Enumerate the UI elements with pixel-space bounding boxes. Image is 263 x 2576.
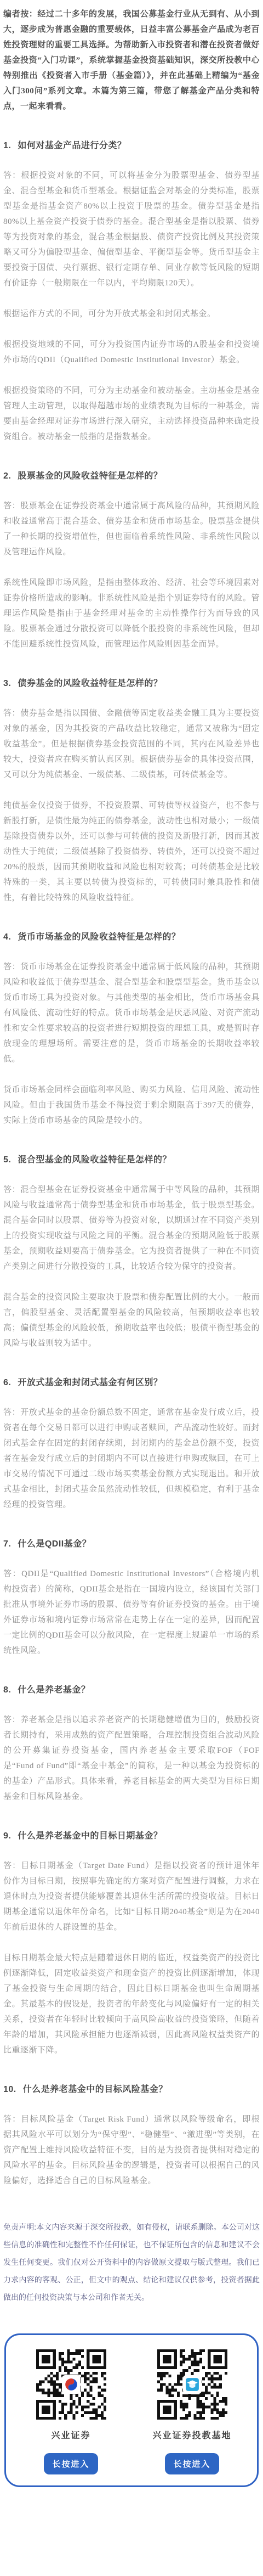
long-press-enter-button[interactable]: 长按进入 [165, 2453, 219, 2474]
question-number: 2. [3, 471, 11, 481]
question-heading: 4.货币市场基金的风险收益特征是怎样的？ [3, 931, 260, 944]
qa-item: 7.什么是QDII基金？答：QDII是“Qualified Domestic I… [3, 1538, 260, 1658]
question-heading: 6.开放式基金和封闭式基金有何区别？ [3, 1376, 260, 1390]
question-title: 如何对基金产品进行分类？ [18, 141, 126, 150]
qr-code[interactable] [157, 2349, 227, 2420]
answer-paragraph: 答：目标日期基金（Target Date Fund）是指以投资者的预计退休年份作… [3, 1858, 260, 1935]
article-page: 编者按：经过二十多年的发展，我国公募基金行业从无到有、从小到大，逐步成为普惠金融… [0, 0, 263, 2512]
answer-paragraph: 根据运作方式的不同，可分为开放式基金和封闭式基金。 [3, 306, 260, 322]
qr-item: 兴业证券投教基地长按进入 [134, 2349, 250, 2474]
question-number: 3. [3, 679, 11, 688]
question-number: 5. [3, 1155, 11, 1165]
answer-paragraph: 目标日期基金最大特点是随着退休日期的临近，权益类资产的投资比例逐渐降低，固定收益… [3, 1950, 260, 2058]
answer-paragraph: 答：混合型基金在证券投资基金中通常属于中等风险的品种，其预期风险与收益通常高于债… [3, 1182, 260, 1274]
answer-paragraph: 系统性风险即市场风险，是指由整体政治、经济、社会等环境因素对证券价格所造成的影响… [3, 575, 260, 652]
question-title: 混合型基金的风险收益特征是怎样的？ [18, 1155, 171, 1165]
answer-paragraph: 答：股票基金在证券投资基金中通常属于高风险的品种，其预期风险和收益通常高于混合基… [3, 498, 260, 560]
answer-paragraph: 答：开放式基金的基金份额总数不固定，通常在基金发行成立后，投资者在每个交易日都可… [3, 1405, 260, 1512]
question-title: 什么是养老基金中的目标日期基金？ [18, 1831, 162, 1841]
qa-item: 4.货币市场基金的风险收益特征是怎样的？答：货币市场基金在证券投资基金中通常属于… [3, 931, 260, 1128]
answer-paragraph: 答：债券基金是指以国债、金融债等固定收益类金融工具为主要投资对象的基金，因为其投… [3, 706, 260, 783]
question-title: 什么是养老基金中的目标风险基金？ [23, 2085, 168, 2094]
question-heading: 2.股票基金的风险收益特征是怎样的？ [3, 470, 260, 483]
qa-item: 2.股票基金的风险收益特征是怎样的？答：股票基金在证券投资基金中通常属于高风险的… [3, 470, 260, 652]
answer-paragraph: 根据投资地域的不同，可分为投资国内证券市场的A股基金和投资境外市场的QDII（Q… [3, 337, 260, 368]
qa-item: 1.如何对基金产品进行分类？答：根据投资对象的不同，可以将基金分为股票型基金、债… [3, 139, 260, 445]
question-heading: 7.什么是QDII基金？ [3, 1538, 260, 1551]
qr-code[interactable] [36, 2349, 106, 2420]
answer-paragraph: 答：QDII是“Qualified Domestic Institutional… [3, 1566, 260, 1658]
edu-base-logo-icon [183, 2375, 202, 2394]
qa-item: 9.什么是养老基金中的目标日期基金？答：目标日期基金（Target Date F… [3, 1830, 260, 2058]
qa-item: 10.什么是养老基金中的目标风险基金？答：目标风险基金（Target Risk … [3, 2083, 260, 2189]
qa-item: 6.开放式基金和封闭式基金有何区别？答：开放式基金的基金份额总数不固定，通常在基… [3, 1376, 260, 1512]
question-number: 8. [3, 1685, 11, 1695]
question-heading: 10.什么是养老基金中的目标风险基金？ [3, 2083, 260, 2096]
qa-item: 3.债券基金的风险收益特征是怎样的？答：债券基金是指以国债、金融债等固定收益类金… [3, 677, 260, 905]
answer-paragraph: 答：养老基金是指以追求养老资产的长期稳健增值为目的，鼓励投资者长期持有，采用成熟… [3, 1712, 260, 1804]
answer-paragraph: 纯债基金仅投资于债券，不投资股票、可转债等权益资产，也不参与新股打新，是债性最为… [3, 798, 260, 905]
long-press-enter-button[interactable]: 长按进入 [44, 2453, 98, 2474]
question-heading: 8.什么是养老基金？ [3, 1684, 260, 1697]
question-number: 10. [3, 2085, 16, 2094]
question-number: 7. [3, 1539, 11, 1549]
question-title: 什么是QDII基金？ [18, 1539, 91, 1549]
qa-item: 5.混合型基金的风险收益特征是怎样的？答：混合型基金在证券投资基金中通常属于中等… [3, 1154, 260, 1351]
question-heading: 9.什么是养老基金中的目标日期基金？ [3, 1830, 260, 1843]
answer-paragraph: 答：目标风险基金（Target Risk Fund）通常以风险等级命名，即根据其… [3, 2112, 260, 2189]
answer-paragraph: 混合基金的投资风险主要取决于股票和债券配置比例的大小。一般而言，偏股型基金、灵活… [3, 1290, 260, 1351]
disclaimer: 免责声明:本文内容来源于深交所投教，如有侵权，请联系删除。本公司对这些信息的准确… [3, 2218, 260, 2306]
question-title: 货币市场基金的风险收益特征是怎样的？ [18, 932, 180, 942]
question-heading: 5.混合型基金的风险收益特征是怎样的？ [3, 1154, 260, 1167]
qa-item: 8.什么是养老基金？答：养老基金是指以追求养老资产的长期稳健增值为目的，鼓励投资… [3, 1684, 260, 1804]
question-heading: 1.如何对基金产品进行分类？ [3, 139, 260, 153]
answer-paragraph: 货币市场基金同样会面临利率风险、购买力风险、信用风险、流动性风险。但由于我国货币… [3, 1082, 260, 1128]
question-heading: 3.债券基金的风险收益特征是怎样的？ [3, 677, 260, 690]
answer-paragraph: 根据投资策略的不同，可分为主动基金和被动基金。主动基金是基金管理人主动管理，以取… [3, 383, 260, 445]
qr-panel: 兴业证券长按进入兴业证券投教基地长按进入 [4, 2333, 259, 2487]
qa-list: 1.如何对基金产品进行分类？答：根据投资对象的不同，可以将基金分为股票型基金、债… [3, 139, 260, 2189]
answer-paragraph: 答：根据投资对象的不同，可以将基金分为股票型基金、债券型基金、混合型基金和货币型… [3, 168, 260, 291]
question-title: 股票基金的风险收益特征是怎样的？ [18, 471, 162, 481]
qr-label: 兴业证券 [51, 2428, 90, 2441]
question-number: 6. [3, 1378, 11, 1387]
qr-label: 兴业证券投教基地 [152, 2428, 231, 2441]
question-title: 开放式基金和封闭式基金有何区别？ [18, 1378, 162, 1387]
qr-item: 兴业证券长按进入 [13, 2349, 129, 2474]
question-title: 债券基金的风险收益特征是怎样的？ [18, 679, 162, 688]
question-title: 什么是养老基金？ [18, 1685, 90, 1695]
question-number: 1. [3, 141, 11, 150]
brand-taiji-logo-icon [62, 2375, 81, 2394]
answer-paragraph: 答：货币市场基金在证券投资基金中通常属于低风险的品种，其预期风险和收益低于债券型… [3, 959, 260, 1067]
question-number: 9. [3, 1831, 11, 1841]
editor-note: 编者按：经过二十多年的发展，我国公募基金行业从无到有、从小到大，逐步成为普惠金融… [3, 7, 260, 114]
question-number: 4. [3, 932, 11, 942]
